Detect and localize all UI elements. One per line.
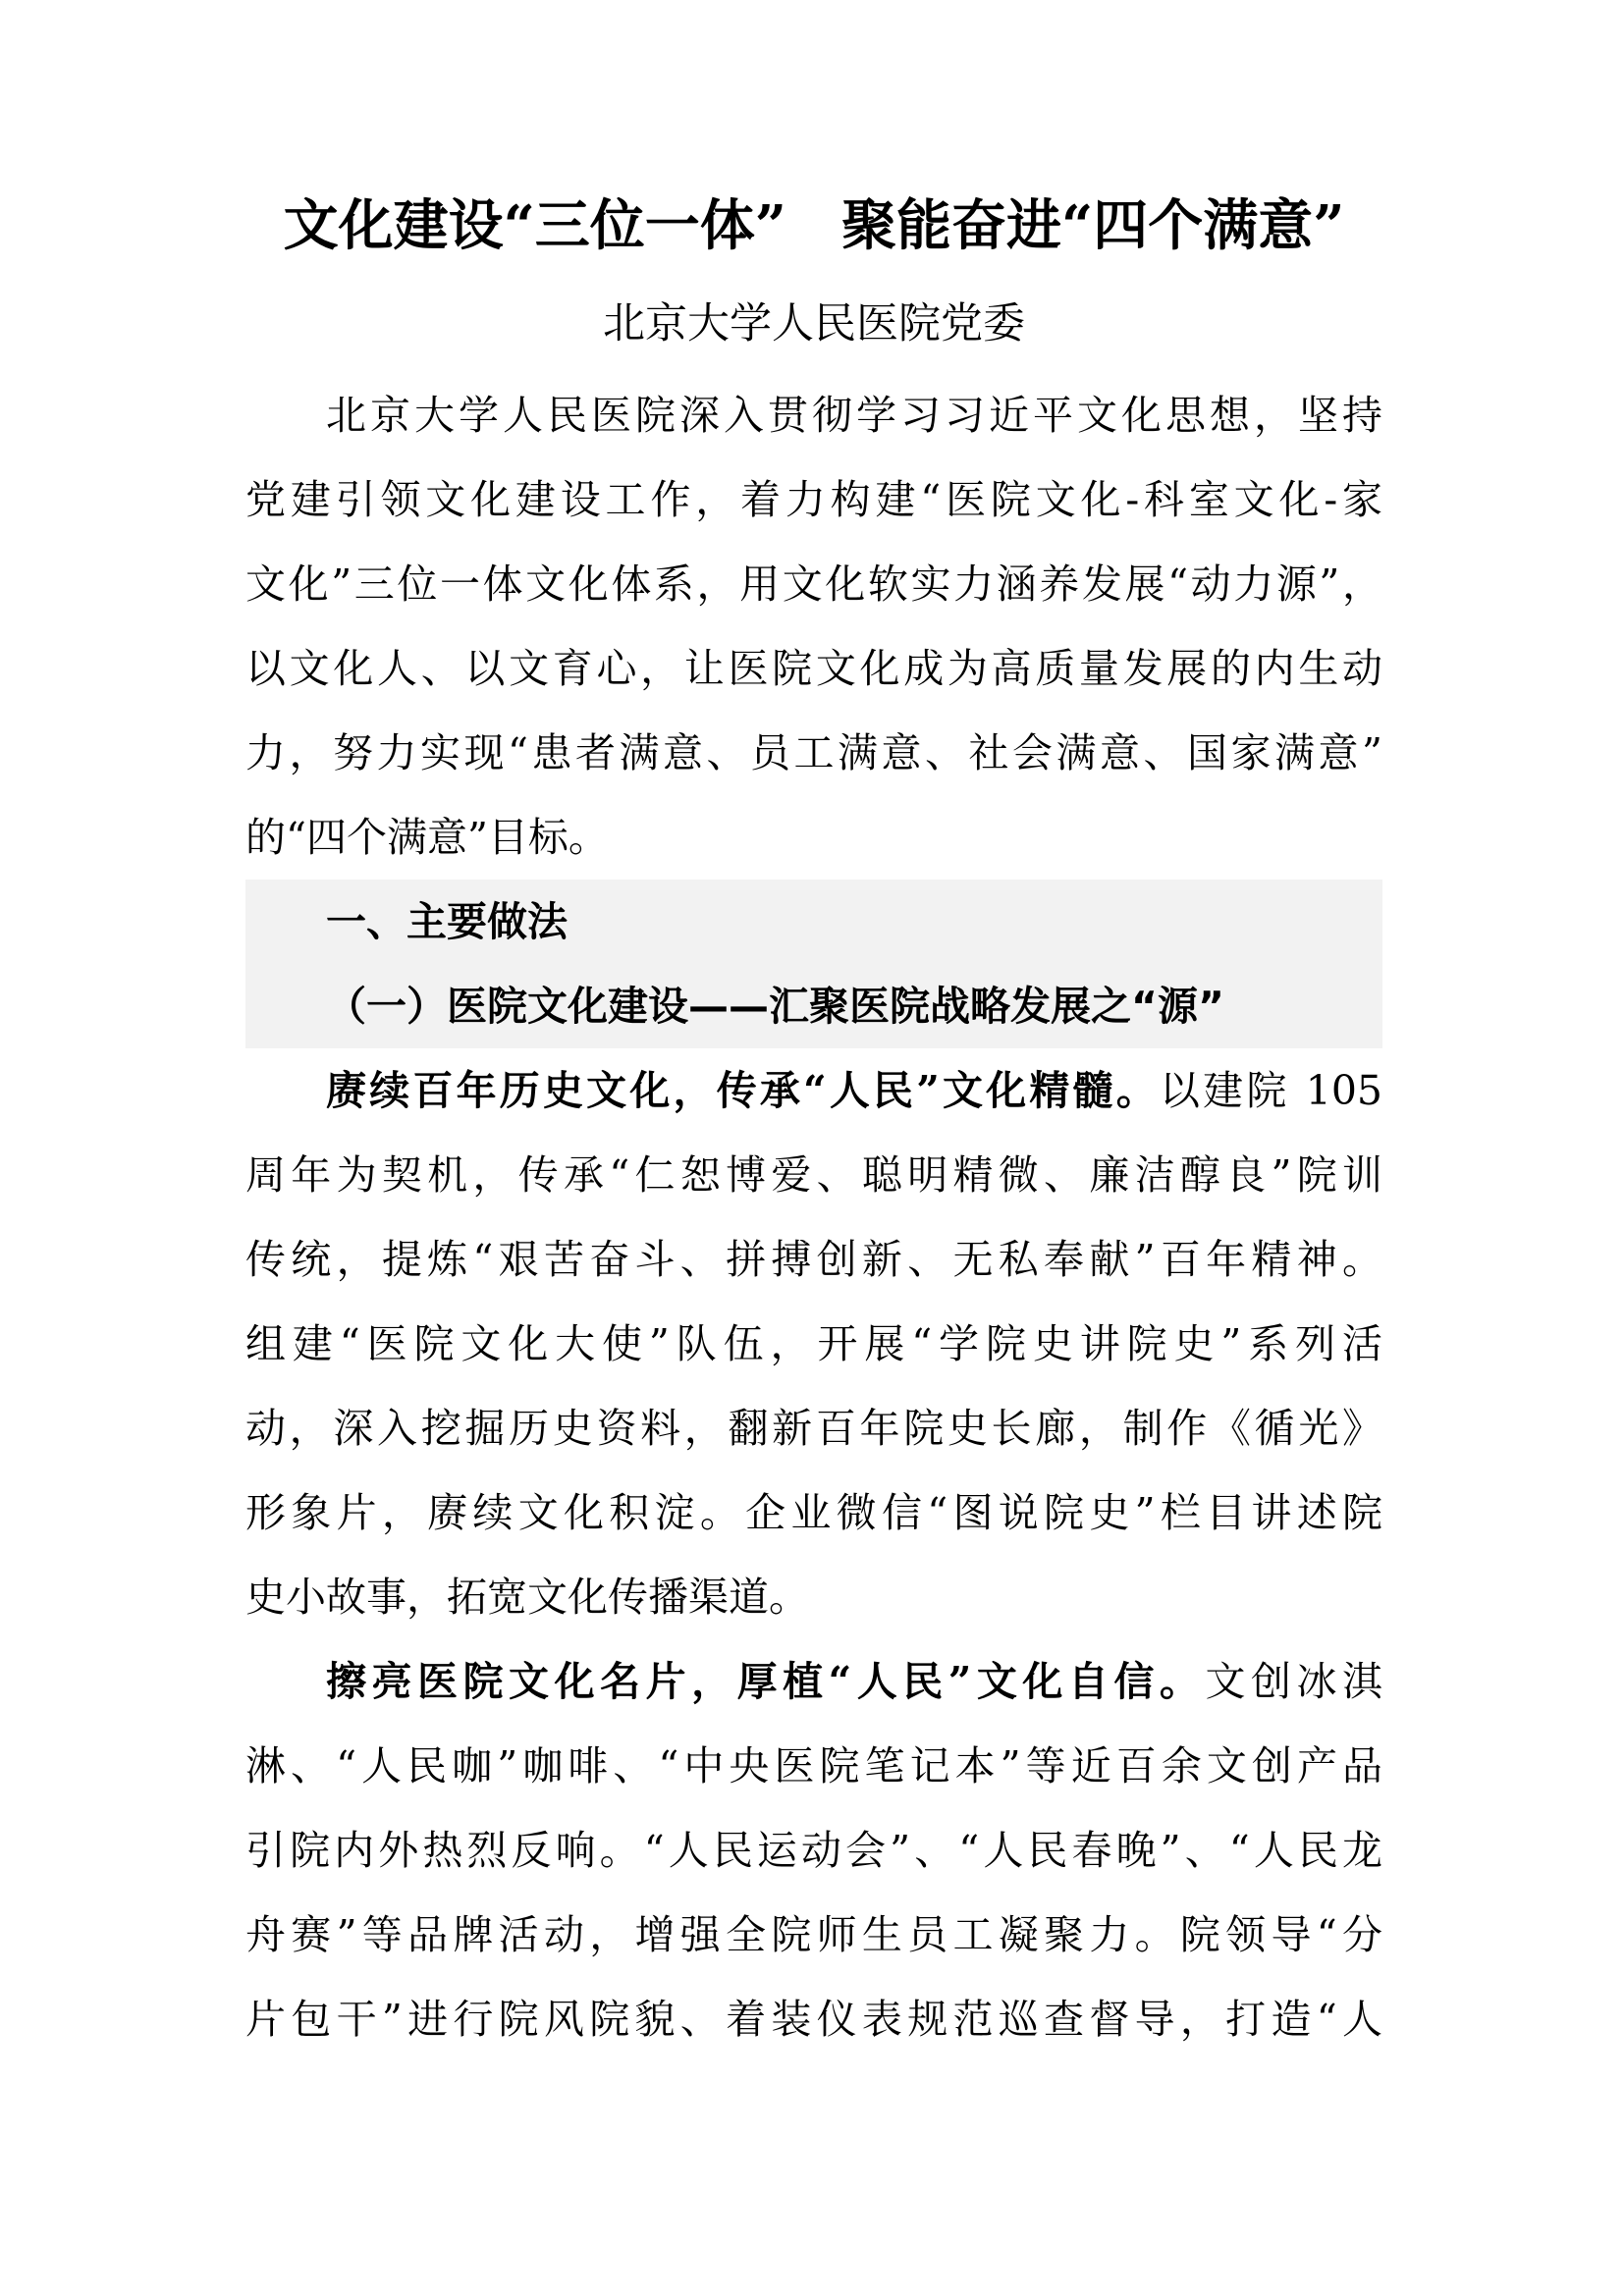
- text-segment: 以文化人、以文育心，让医院文化成为高质量发展的内生动: [245, 645, 1382, 692]
- document-title: 文化建设“三位一体” 聚能奋进“四个满意”: [245, 177, 1382, 275]
- text-segment: 以建院 105: [1160, 1067, 1382, 1114]
- text-line: 力，努力实现“患者满意、员工满意、社会满意、国家满意”: [245, 711, 1382, 795]
- text-line: 北京大学人民医院深入贯彻学习习近平文化思想，坚持: [245, 373, 1382, 457]
- text-segment: 淋、“人民咖”咖啡、“中央医院笔记本”等近百余文创产品: [245, 1742, 1382, 1789]
- text-line: 淋、“人民咖”咖啡、“中央医院笔记本”等近百余文创产品: [245, 1724, 1382, 1808]
- text-segment: 周年为契机，传承“仁恕博爱、聪明精微、廉洁醇良”院训: [245, 1151, 1382, 1199]
- document-content: 文化建设“三位一体” 聚能奋进“四个满意” 北京大学人民医院党委 北京大学人民医…: [245, 177, 1382, 2061]
- text-line: 形象片，赓续文化积淀。企业微信“图说院史”栏目讲述院: [245, 1470, 1382, 1555]
- document-body: 北京大学人民医院深入贯彻学习习近平文化思想，坚持党建引领文化建设工作，着力构建“…: [245, 373, 1382, 2061]
- text-segment: 力，努力实现“患者满意、员工满意、社会满意、国家满意”: [245, 729, 1382, 776]
- text-segment: 传统，提炼“艰苦奋斗、拼搏创新、无私奉献”百年精神。: [245, 1236, 1382, 1283]
- text-segment-bold: 一、主要做法: [326, 898, 568, 945]
- text-line: 党建引领文化建设工作，着力构建“医院文化-科室文化-家: [245, 457, 1382, 542]
- text-segment: 形象片，赓续文化积淀。企业微信“图说院史”栏目讲述院: [245, 1489, 1382, 1536]
- text-segment-bold: 赓续百年历史文化，传承“人民”文化精髓。: [326, 1067, 1160, 1114]
- text-line: 史小故事，拓宽文化传播渠道。: [245, 1555, 1382, 1639]
- document-page: 文化建设“三位一体” 聚能奋进“四个满意” 北京大学人民医院党委 北京大学人民医…: [0, 0, 1624, 2296]
- text-segment: 舟赛”等品牌活动，增强全院师生员工凝聚力。院领导“分: [245, 1911, 1382, 1958]
- text-segment: 片包干”进行院风院貌、着装仪表规范巡查督导，打造“人: [245, 1996, 1382, 2043]
- text-segment: 史小故事，拓宽文化传播渠道。: [245, 1574, 809, 1621]
- text-segment: 的“四个满意”目标。: [245, 814, 609, 861]
- text-segment: 组建“医院文化大使”队伍，开展“学院史讲院史”系列活: [245, 1320, 1382, 1367]
- text-line: 文化”三位一体文化体系，用文化软实力涵养发展“动力源”，: [245, 542, 1382, 626]
- text-line: 片包干”进行院风院貌、着装仪表规范巡查督导，打造“人: [245, 1977, 1382, 2061]
- text-segment: 北京大学人民医院深入贯彻学习习近平文化思想，坚持: [326, 392, 1382, 439]
- text-line: 传统，提炼“艰苦奋斗、拼搏创新、无私奉献”百年精神。: [245, 1217, 1382, 1302]
- text-line: 组建“医院文化大使”队伍，开展“学院史讲院史”系列活: [245, 1302, 1382, 1386]
- text-line: 的“四个满意”目标。: [245, 795, 1382, 880]
- text-segment: 引院内外热烈反响。“人民运动会”、“人民春晚”、“人民龙: [245, 1827, 1382, 1874]
- text-segment: 文化”三位一体文化体系，用文化软实力涵养发展“动力源”，: [245, 561, 1382, 608]
- text-line: 引院内外热烈反响。“人民运动会”、“人民春晚”、“人民龙: [245, 1808, 1382, 1893]
- text-line: 赓续百年历史文化，传承“人民”文化精髓。以建院 105: [245, 1048, 1382, 1133]
- heading-line: （一）医院文化建设——汇聚医院战略发展之“源”: [245, 964, 1382, 1048]
- heading-line: 一、主要做法: [245, 880, 1382, 964]
- text-segment: 文创冰淇: [1205, 1658, 1382, 1705]
- text-segment-bold: （一）医院文化建设——汇聚医院战略发展之“源”: [326, 983, 1224, 1030]
- text-line: 以文化人、以文育心，让医院文化成为高质量发展的内生动: [245, 626, 1382, 711]
- text-segment: 动，深入挖掘历史资料，翻新百年院史长廊，制作《循光》: [245, 1405, 1382, 1452]
- text-line: 动，深入挖掘历史资料，翻新百年院史长廊，制作《循光》: [245, 1386, 1382, 1470]
- document-subtitle: 北京大学人民医院党委: [245, 275, 1382, 373]
- text-line: 擦亮医院文化名片，厚植“人民”文化自信。文创冰淇: [245, 1639, 1382, 1724]
- text-line: 舟赛”等品牌活动，增强全院师生员工凝聚力。院领导“分: [245, 1893, 1382, 1977]
- text-segment-bold: 擦亮医院文化名片，厚植“人民”文化自信。: [326, 1658, 1205, 1705]
- text-segment: 党建引领文化建设工作，着力构建“医院文化-科室文化-家: [245, 476, 1382, 523]
- text-line: 周年为契机，传承“仁恕博爱、聪明精微、廉洁醇良”院训: [245, 1133, 1382, 1217]
